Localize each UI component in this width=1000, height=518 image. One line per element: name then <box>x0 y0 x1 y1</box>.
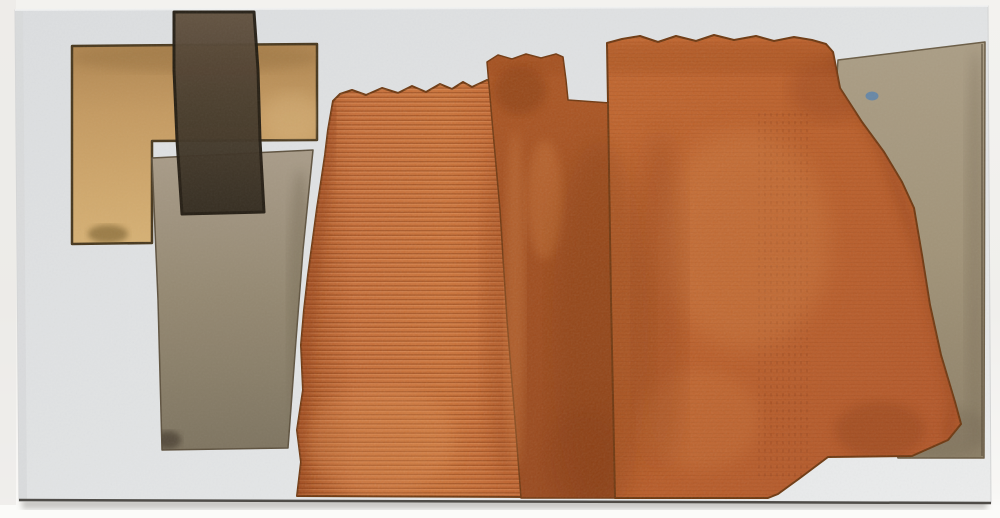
abstract-painting-svg <box>0 0 1000 518</box>
photo-backdrop-left-shade <box>0 0 16 518</box>
painting-shapes <box>15 0 991 518</box>
canvas-grain <box>15 6 991 503</box>
artwork-photo <box>0 0 1000 518</box>
